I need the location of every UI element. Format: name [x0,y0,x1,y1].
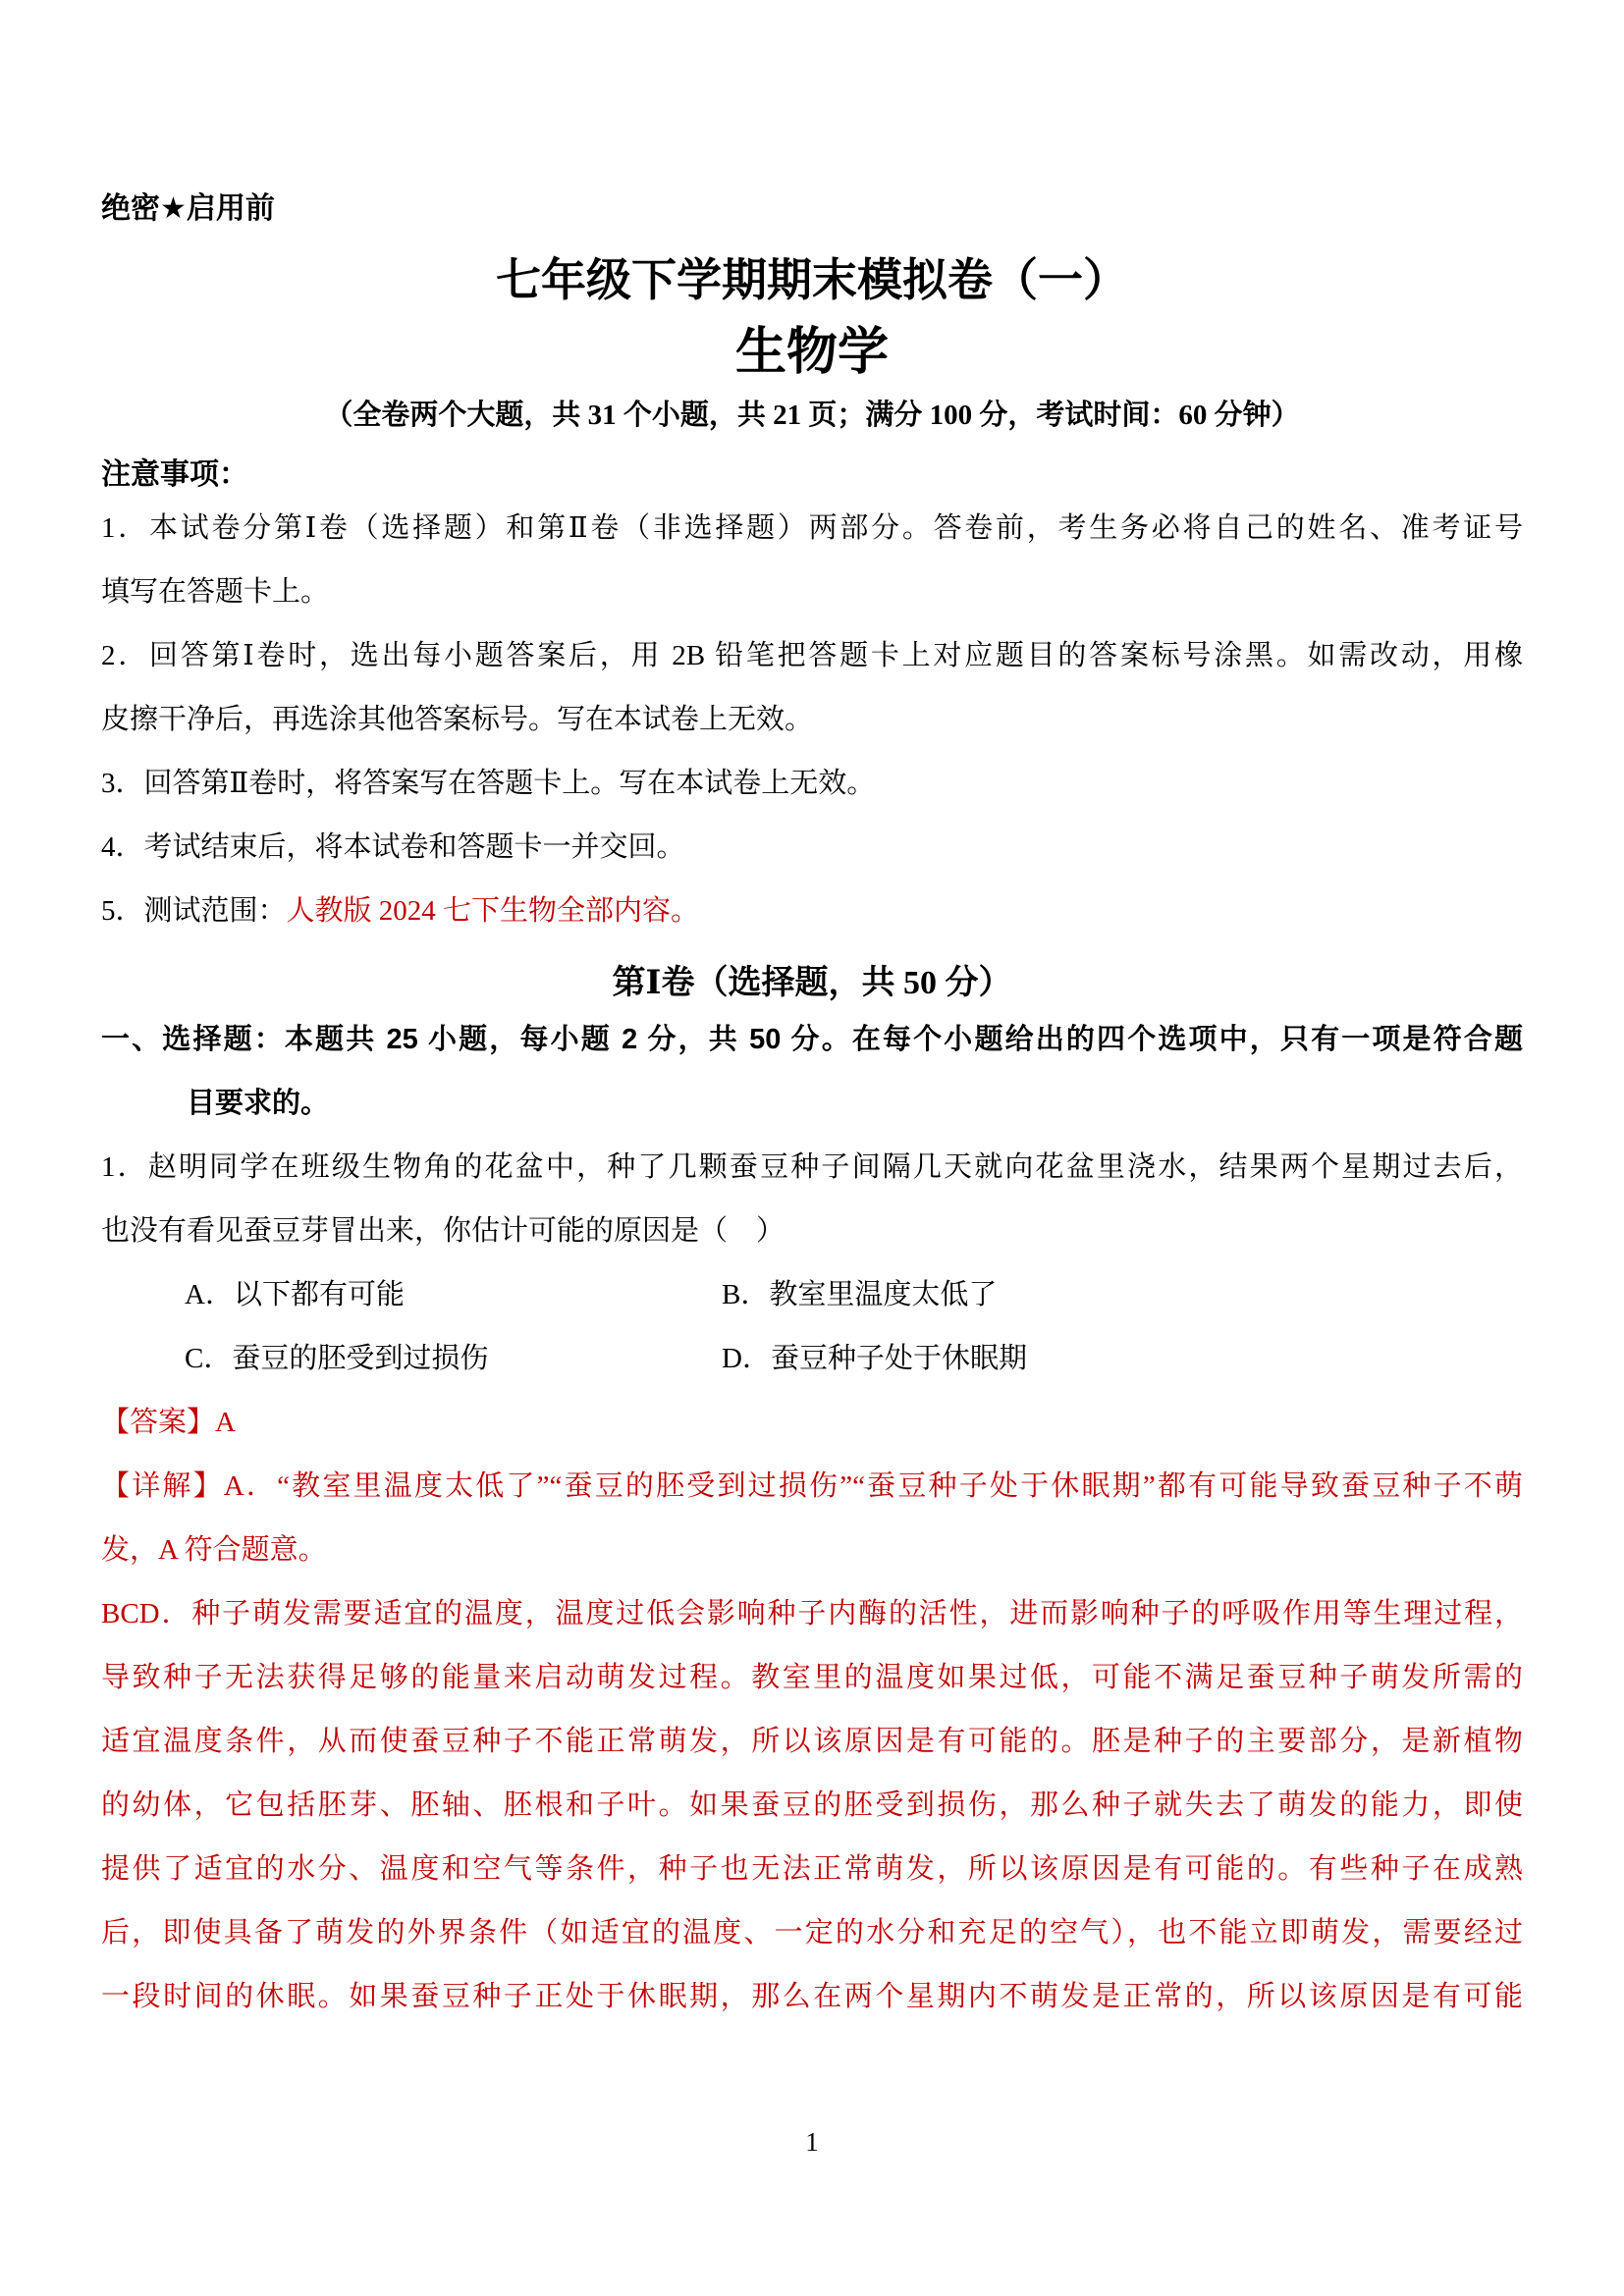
option-a: A．以下都有可能 [185,1263,722,1327]
note-line-1a: 1．本试卷分第Ⅰ卷（选择题）和第Ⅱ卷（非选择题）两部分。答卷前，考生务必将自己的… [101,497,1523,561]
explanation-line-4: 导致种子无法获得足够的能量来启动萌发过程。教室里的温度如果过低，可能不满足蚕豆种… [101,1646,1523,1710]
option-b: B．教室里温度太低了 [722,1263,1523,1327]
note-line-3: 3．回答第Ⅱ卷时，将答案写在答题卡上。写在本试卷上无效。 [101,752,1523,816]
subject-title: 生物学 [101,322,1523,383]
notes-heading: 注意事项： [101,454,1523,497]
note5-prefix: 5．测试范围： [101,895,287,927]
explanation-line-2: 发，A 符合题意。 [101,1519,1523,1582]
explanation-line-6: 的幼体，它包括胚芽、胚轴、胚根和子叶。如果蚕豆的胚受到损伤，那么种子就失去了萌发… [101,1774,1523,1838]
explanation-line-5: 适宜温度条件，从而使蚕豆种子不能正常萌发，所以该原因是有可能的。胚是种子的主要部… [101,1710,1523,1774]
explanation-line-1: 【详解】A．“教室里温度太低了”“蚕豆的胚受到过损伤”“蚕豆种子处于休眠期”都有… [101,1455,1523,1519]
note-line-1b: 填写在答题卡上。 [101,561,1523,624]
options-row-2: C．蚕豆的胚受到过损伤 D．蚕豆种子处于休眠期 [185,1327,1523,1391]
exam-paper-page: 绝密★启用前 七年级下学期期末模拟卷（一） 生物学 （全卷两个大题，共 31 个… [0,0,1624,2296]
note-line-4: 4．考试结束后，将本试卷和答题卡一并交回。 [101,816,1523,880]
note-line-5: 5．测试范围：人教版 2024 七下生物全部内容。 [101,880,1523,943]
note-line-2b: 皮擦干净后，再选涂其他答案标号。写在本试卷上无效。 [101,688,1523,752]
exam-title: 七年级下学期期末模拟卷（一） [101,251,1523,308]
option-c: C．蚕豆的胚受到过损伤 [185,1327,722,1391]
explanation-line-7: 提供了适宜的水分、温度和空气等条件，种子也无法正常萌发，所以该原因是有可能的。有… [101,1838,1523,1901]
note5-scope: 人教版 2024 七下生物全部内容。 [287,895,700,927]
answer-value: A [215,1407,236,1438]
section1-heading: 第Ⅰ卷（选择题，共 50 分） [101,959,1523,1008]
option-d: D．蚕豆种子处于休眠期 [722,1327,1523,1391]
section1-intro-line1: 一、选择题：本题共 25 小题，每小题 2 分，共 50 分。在每个小题给出的四… [101,1008,1523,1072]
explanation-line-3: BCD．种子萌发需要适宜的温度，温度过低会影响种子内酶的活性，进而影响种子的呼吸… [101,1582,1523,1646]
section1-intro-line2: 目要求的。 [101,1072,1523,1136]
answer-line: 【答案】A [101,1391,1523,1455]
secrecy-label: 绝密★启用前 [101,0,1523,226]
answer-label: 【答案】 [101,1407,215,1438]
note-line-2a: 2．回答第Ⅰ卷时，选出每小题答案后，用 2B 铅笔把答题卡上对应题目的答案标号涂… [101,624,1523,688]
options-row-1: A．以下都有可能 B．教室里温度太低了 [185,1263,1523,1327]
explanation-line-8: 后，即使具备了萌发的外界条件（如适宜的温度、一定的水分和充足的空气），也不能立即… [101,1901,1523,1965]
page-content: 绝密★启用前 七年级下学期期末模拟卷（一） 生物学 （全卷两个大题，共 31 个… [0,0,1624,2029]
question1-options: A．以下都有可能 B．教室里温度太低了 C．蚕豆的胚受到过损伤 D．蚕豆种子处于… [101,1263,1523,1391]
exam-info-line: （全卷两个大题，共 31 个小题，共 21 页；满分 100 分，考试时间：60… [101,395,1523,436]
question1-stem-line1: 1．赵明同学在班级生物角的花盆中，种了几颗蚕豆种子间隔几天就向花盆里浇水，结果两… [101,1136,1523,1200]
explanation-line-9: 一段时间的休眠。如果蚕豆种子正处于休眠期，那么在两个星期内不萌发是正常的，所以该… [101,1965,1523,2029]
page-number: 1 [0,2127,1624,2157]
question1-stem-line2: 也没有看见蚕豆芽冒出来，你估计可能的原因是（ ） [101,1200,1523,1263]
